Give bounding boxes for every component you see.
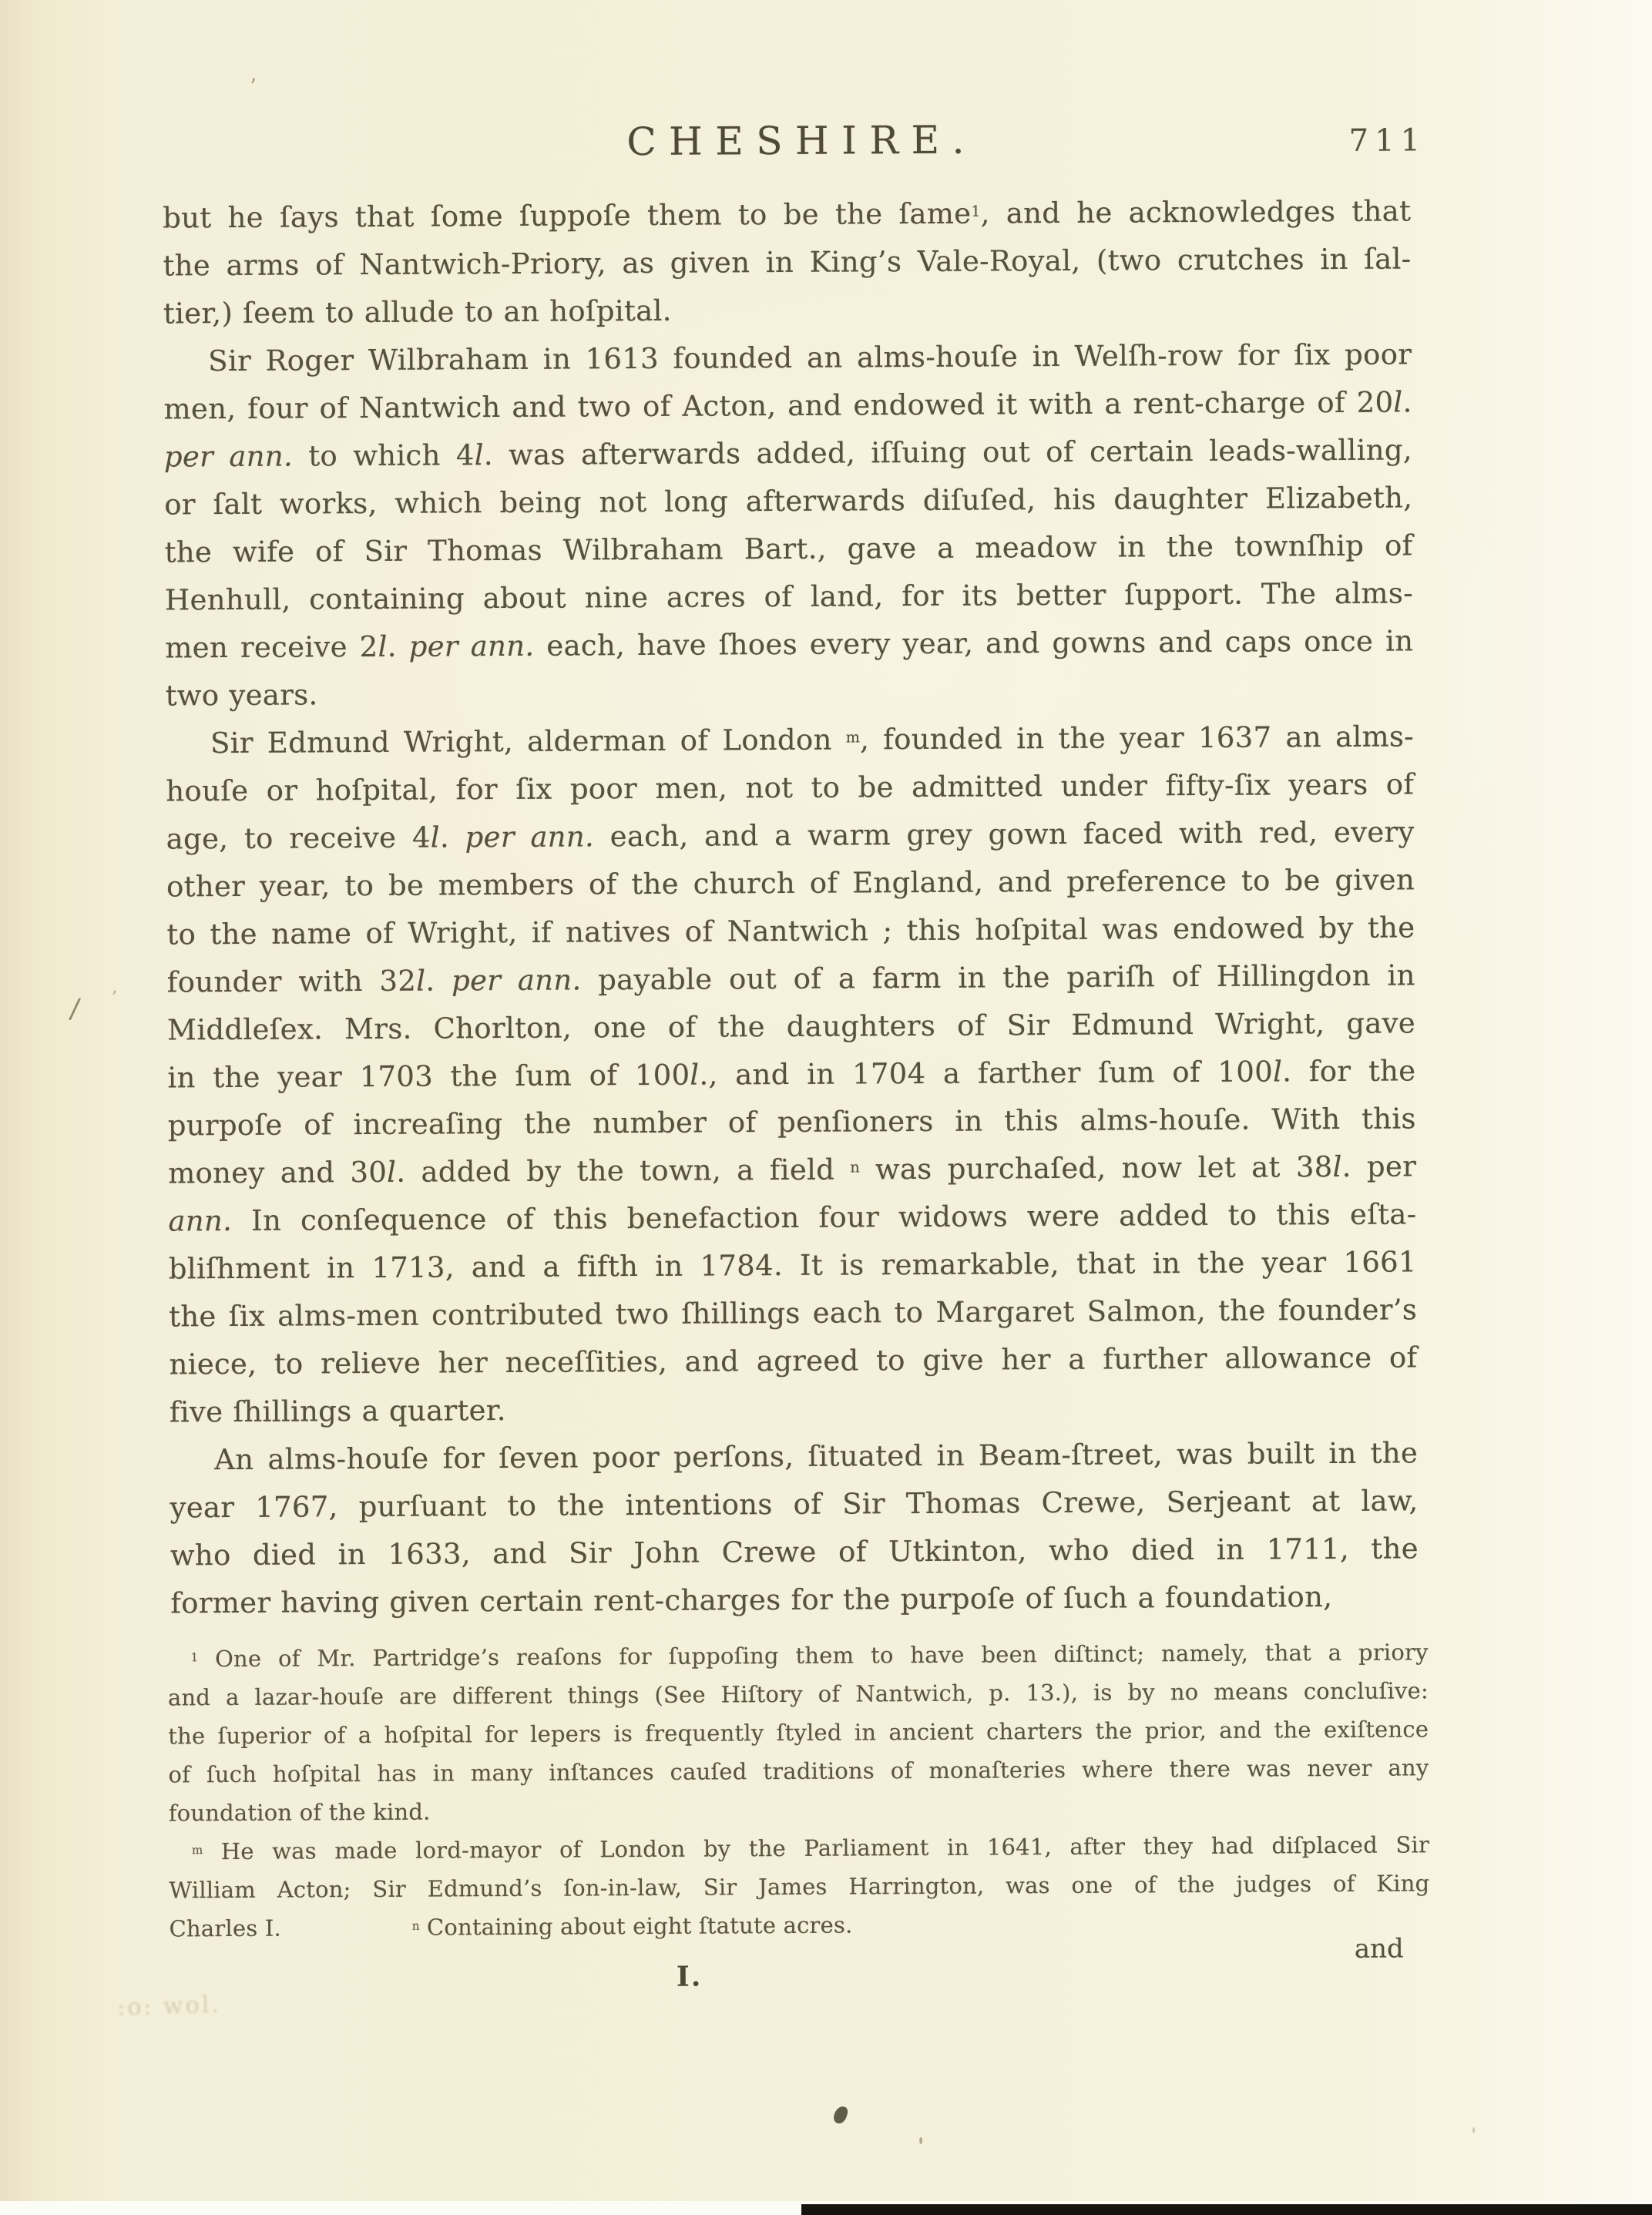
text-line: Henhull, containing about nine acres of … — [165, 569, 1413, 624]
text-line: the wife of Sir Thomas Wilbraham Bart., … — [164, 522, 1412, 576]
text-line: to the name of Wright, if natives of Nan… — [166, 904, 1415, 958]
catchword: and — [1355, 1934, 1404, 1965]
scanned-book-page: CHESHIRE. 711 ’ ’ / but he ſays that ſom… — [0, 0, 1652, 2215]
text-line: or ſalt works, which being not long afte… — [164, 474, 1412, 529]
text-line: tier,) ſeem to allude to an hoſpital. — [163, 283, 1412, 337]
paragraph: An alms-houſe for ſeven poor perſons, ſi… — [170, 1429, 1419, 1627]
page-content: CHESHIRE. 711 ’ ’ / but he ſays that ſom… — [0, 0, 1652, 2215]
text-line: William Acton; Sir Edmund’s ſon-in-law, … — [169, 1864, 1429, 1909]
text-line: former having given certain rent-charges… — [170, 1572, 1419, 1627]
signature-mark: I. — [677, 1961, 703, 1993]
paragraph: Sir Roger Wilbraham in 1613 founded an a… — [163, 331, 1414, 720]
ghost-bleedthrough-text: :o: wol. — [117, 1991, 222, 2021]
text-line: Sir Roger Wilbraham in 1613 founded an a… — [163, 331, 1412, 385]
page-number: 711 — [1349, 122, 1427, 159]
text-line: An alms-houſe for ſeven poor perſons, ſi… — [170, 1429, 1418, 1484]
margin-slash-mark: / — [68, 993, 82, 1025]
scanner-edge-dark-bar — [801, 2204, 1652, 2215]
text-line: men receive 2l. per ann. each, have ſhoe… — [165, 617, 1413, 672]
page-title: CHESHIRE. — [626, 118, 977, 165]
text-line: the ſix alms-men contributed two ſhillin… — [169, 1286, 1417, 1341]
paragraph: but he ſays that ſome ſuppoſe them to be… — [163, 187, 1412, 337]
paragraph: m He was made lord-mayor of London by th… — [169, 1825, 1430, 1948]
paper-speck — [919, 2137, 922, 2144]
text-line: Sir Edmund Wright, alderman of London m,… — [166, 713, 1414, 767]
text-line: other year, to be members of the church … — [166, 856, 1415, 911]
text-line: of ſuch hoſpital has in many inſtances c… — [168, 1748, 1429, 1794]
text-line: houſe or hoſpital, for ſix poor men, not… — [166, 760, 1414, 815]
text-line: purpoſe of increaſing the number of penſ… — [168, 1095, 1416, 1149]
text-line: per ann. to which 4l. was afterwards add… — [164, 426, 1412, 481]
text-line: age, to receive 4l. per ann. each, and a… — [166, 808, 1415, 863]
text-line: in the year 1703 the ſum of 100l., and i… — [167, 1047, 1415, 1102]
text-line: foundation of the kind. — [169, 1787, 1429, 1832]
text-line: five ſhillings a quarter. — [170, 1381, 1418, 1436]
text-line: bliſhment in 1713, and a fifth in 1784. … — [169, 1238, 1417, 1293]
ink-blot — [832, 2105, 849, 2126]
text-line: the arms of Nantwich-Priory, as given in… — [163, 235, 1411, 290]
text-line: year 1767, purſuant to the intentions of… — [170, 1477, 1418, 1532]
text-line: Charles I.n Containing about eight ſtatu… — [169, 1902, 1429, 1948]
text-line: Middleſex. Mrs. Chorlton, one of the dau… — [167, 999, 1415, 1054]
text-line: who died in 1633, and Sir John Crewe of … — [170, 1525, 1419, 1579]
text-line: founder with 32l. per ann. payable out o… — [167, 951, 1415, 1006]
text-line: and a lazar-houſe are different things (… — [168, 1671, 1429, 1717]
text-line: money and 30l. added by the town, a fiel… — [168, 1143, 1416, 1197]
text-line: m He was made lord-mayor of London by th… — [169, 1825, 1429, 1871]
margin-tick-mark: ’ — [112, 988, 117, 1008]
paragraph: Sir Edmund Wright, alderman of London m,… — [166, 713, 1418, 1436]
footnote-section: 1 One of Mr. Partridge’s reaſons for ſup… — [168, 1633, 1430, 1948]
text-line: 1 One of Mr. Partridge’s reaſons for ſup… — [168, 1633, 1429, 1678]
text-line: niece, to relieve her neceſſities, and a… — [169, 1334, 1417, 1388]
paper-speck — [1472, 2127, 1475, 2133]
body-text: but he ſays that ſome ſuppoſe them to be… — [163, 187, 1419, 1627]
text-line: but he ſays that ſome ſuppoſe them to be… — [163, 187, 1411, 242]
text-line: ann. In conſequence of this benefaction … — [168, 1190, 1416, 1245]
text-line: two years. — [165, 665, 1413, 720]
text-line: the ſuperior of a hoſpital for lepers is… — [168, 1710, 1429, 1755]
paragraph: 1 One of Mr. Partridge’s reaſons for ſup… — [168, 1633, 1429, 1832]
text-line: men, four of Nantwich and two of Acton, … — [163, 378, 1412, 433]
margin-apostrophe-mark: ’ — [250, 74, 257, 99]
